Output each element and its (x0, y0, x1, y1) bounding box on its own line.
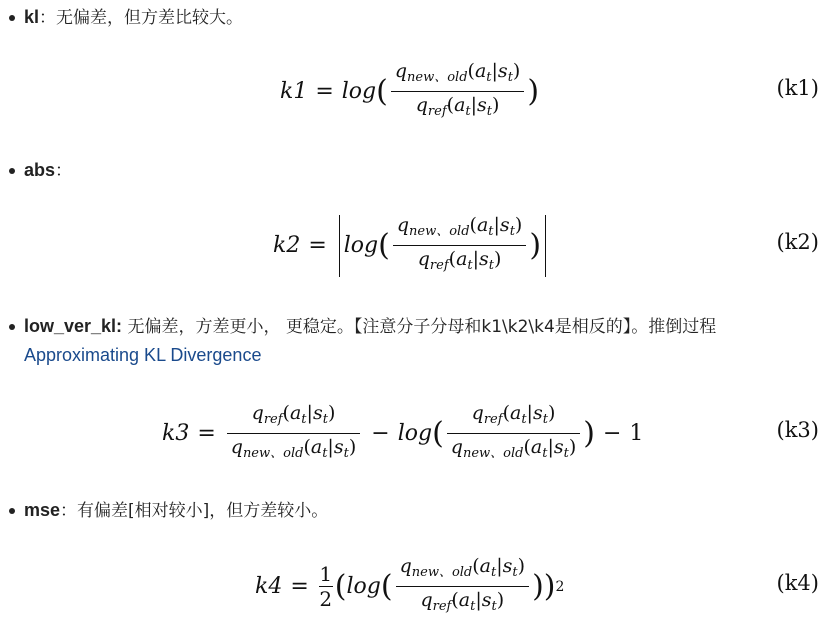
bullet-icon (9, 15, 15, 21)
formula-k4: k4 = 1 2 (log( qnew、old(at|st) qref(at|s… (255, 553, 564, 620)
equation-label-k1: (k1) (777, 76, 819, 100)
term-kl: kl (24, 7, 39, 27)
approximating-kl-divergence-link[interactable]: Approximating KL Divergence (24, 345, 261, 365)
description-kl: 无偏差，但方差比较大。 (56, 8, 243, 28)
bullet-icon (9, 168, 15, 174)
equation-label-k4: (k4) (777, 571, 819, 595)
description-low-ver-kl: 无偏差，方差更小， 更稳定。【注意分子分母和k1\k2\k4是相反的】。推倒过程 (122, 317, 716, 337)
bullet-icon (9, 508, 15, 514)
formula-k3: k3 = qref(at|st) qnew、old(at|st) − log( … (162, 400, 643, 467)
formula-k2: k2 = log( qnew、old(at|st) qref(at|st) ) (273, 212, 550, 279)
description-mse: 有偏差[相对较小]，但方差较小。 (77, 501, 328, 521)
term-low-ver-kl: low_ver_kl: (24, 316, 122, 336)
bullet-icon (9, 324, 15, 330)
list-item-low-ver-kl: low_ver_kl: 无偏差，方差更小， 更稳定。【注意分子分母和k1\k2\… (8, 312, 828, 370)
equation-label-k3: (k3) (777, 418, 819, 442)
list-item-abs: abs： (8, 156, 828, 185)
list-item-kl: kl：无偏差，但方差比较大。 (8, 3, 828, 32)
formula-k1: k1 = log( qnew、old(at|st) qref(at|st) ) (280, 58, 539, 125)
term-abs: abs (24, 160, 55, 180)
list-item-mse: mse：有偏差[相对较小]，但方差较小。 (8, 496, 828, 525)
term-mse: mse (24, 500, 60, 520)
equation-label-k2: (k2) (777, 230, 819, 254)
